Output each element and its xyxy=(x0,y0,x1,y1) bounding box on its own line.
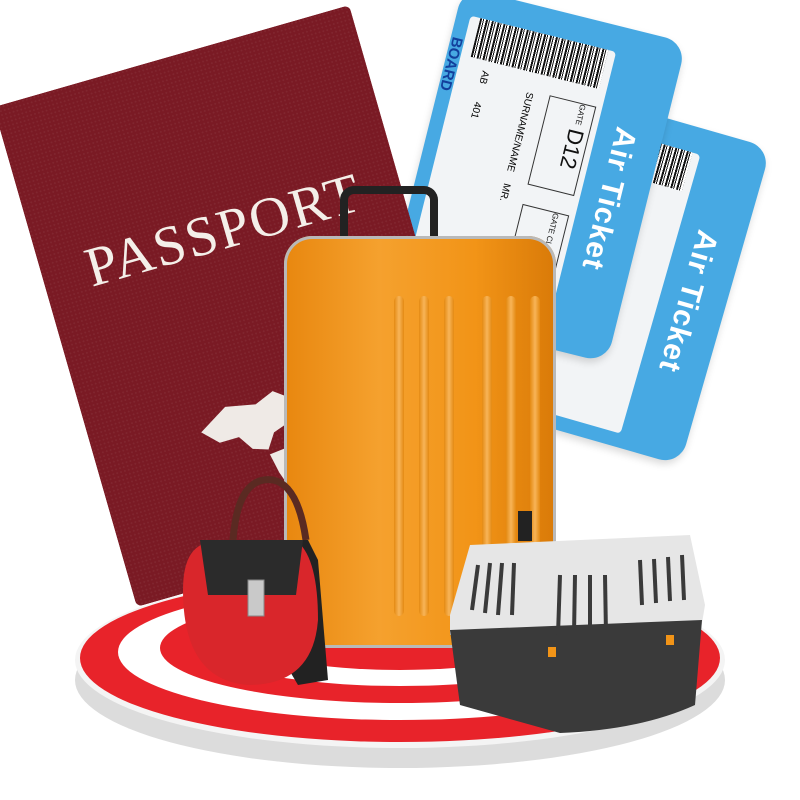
name-value: MR. xyxy=(497,183,512,203)
pet-carrier xyxy=(440,505,710,735)
name-label: SURNAME/NAME xyxy=(504,91,534,173)
barcode-icon xyxy=(471,18,609,89)
handbag xyxy=(178,470,348,690)
gate-value: D12 xyxy=(555,126,589,171)
travel-illustration: GATE Air Ticket BOARD GATE D12 GATE CLOS… xyxy=(0,0,800,800)
gate-box: GATE D12 xyxy=(527,95,596,196)
